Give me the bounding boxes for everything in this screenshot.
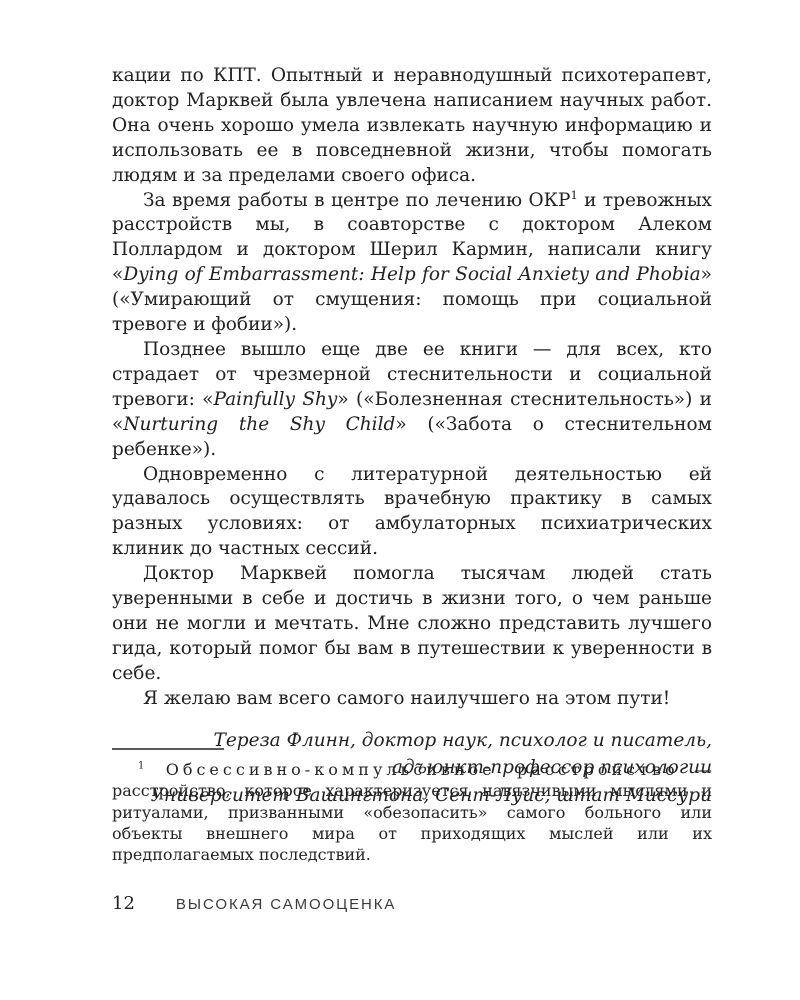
body-paragraph: Одновременно с литературной деятельность… xyxy=(112,463,712,563)
body-paragraph: Я желаю вам всего самого наилучшего на э… xyxy=(112,687,712,712)
footnote-text: 1 Обсессивно-компульсивное расстройство … xyxy=(112,759,712,865)
page-number: 12 xyxy=(112,893,135,914)
body-paragraph: кации по КПТ. Опытный и неравнодушный пс… xyxy=(112,64,712,189)
body-paragraph: Позднее вышло еще две ее книги — для все… xyxy=(112,338,712,463)
running-title: ВЫСОКАЯ САМООЦЕНКА xyxy=(176,896,396,913)
footnote-block: 1 Обсессивно-компульсивное расстройство … xyxy=(112,748,712,865)
body-paragraph: Доктор Марквей помогла тысячам людей ста… xyxy=(112,562,712,687)
page-footer: 12 ВЫСОКАЯ САМООЦЕНКА xyxy=(112,893,396,914)
book-page: кации по КПТ. Опытный и неравнодушный пс… xyxy=(0,0,800,1000)
footnote-divider xyxy=(112,748,224,750)
body-paragraph: За время работы в центре по лечению ОКР1… xyxy=(112,189,712,338)
body-text: кации по КПТ. Опытный и неравнодушный пс… xyxy=(112,64,712,809)
